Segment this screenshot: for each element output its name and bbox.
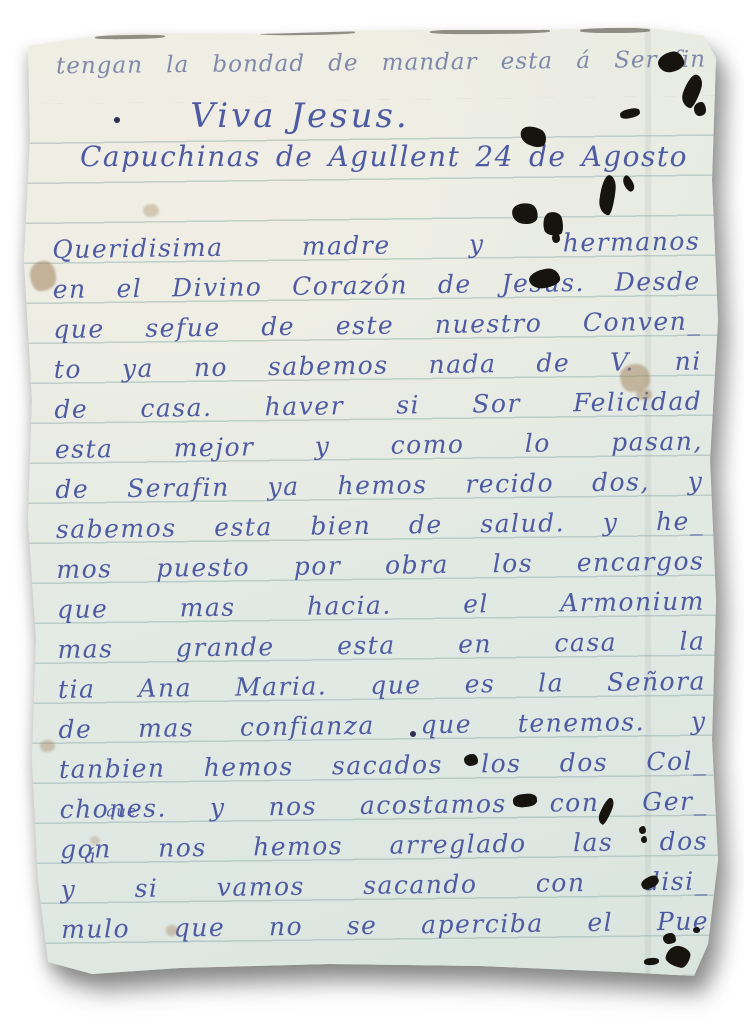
letter-dateline: Capuchinas de Agullent 24 de Agosto bbox=[80, 140, 688, 173]
ink-blot bbox=[464, 754, 478, 766]
ink-blot bbox=[663, 933, 676, 944]
ink-blot bbox=[694, 102, 706, 116]
paper-stain bbox=[166, 925, 178, 936]
letter-line: mulo que no se aperciba el Pue bbox=[61, 901, 709, 949]
letter-top-note: tengan la bondad de mandar esta á Serafi… bbox=[56, 47, 706, 80]
interline-insertion-que: que bbox=[105, 802, 136, 820]
pen-dot bbox=[410, 731, 416, 737]
paper-stain bbox=[620, 364, 650, 392]
paper-stain bbox=[40, 740, 55, 752]
screenshot-root: { "letter": { "top_note": "tengan la bon… bbox=[0, 0, 744, 1024]
pen-dot bbox=[114, 117, 120, 123]
paper-stain bbox=[143, 204, 159, 217]
ink-blot bbox=[693, 927, 700, 933]
interline-insertion-a: á bbox=[84, 845, 96, 867]
letter-body: Queridisima madre y hermanos en el Divin… bbox=[52, 222, 709, 950]
paper-stain bbox=[636, 389, 652, 400]
torn-edge-mark bbox=[580, 28, 650, 33]
ink-blot bbox=[639, 826, 646, 834]
letter-content: tengan la bondad de mandar esta á Serafi… bbox=[0, 0, 744, 1024]
letter-page: tengan la bondad de mandar esta á Serafi… bbox=[0, 0, 744, 1024]
photographed-letter: tengan la bondad de mandar esta á Serafi… bbox=[0, 0, 744, 1024]
letter-heading: Viva Jesus. bbox=[150, 96, 450, 136]
ink-blot bbox=[641, 836, 647, 843]
paper-stain bbox=[90, 836, 100, 845]
paper-stain bbox=[30, 261, 56, 291]
ink-blot bbox=[552, 233, 560, 243]
